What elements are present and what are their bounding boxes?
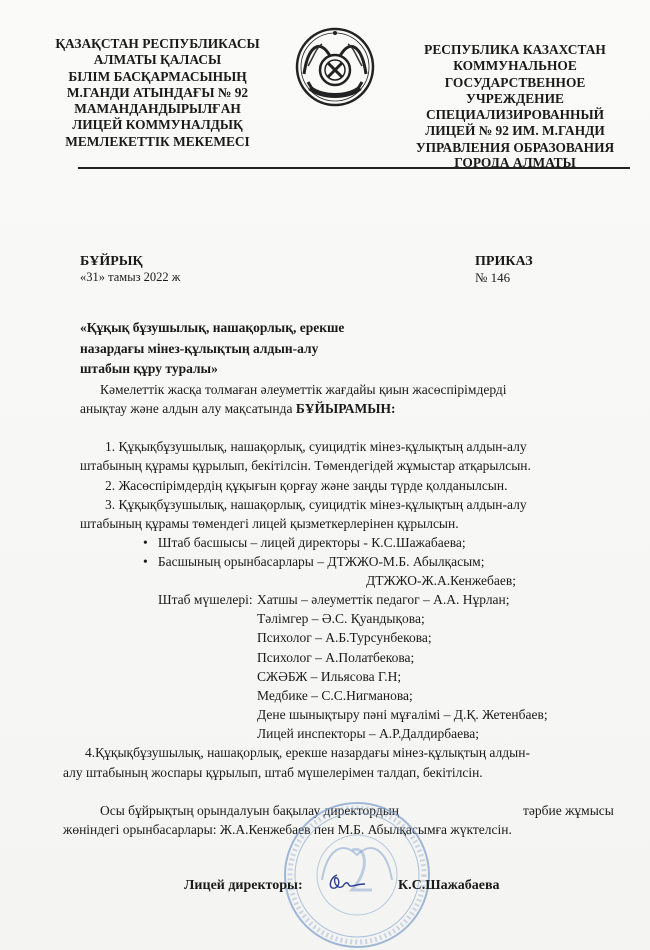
member-item: Тәлімгер – Ә.С. Қуандықова; [257, 609, 425, 628]
member-item: Лицей инспекторы – А.Р.Далдирбаева; [257, 724, 479, 743]
item-2: 2. Жасөспірімдердің құқығын қорғау және … [105, 476, 507, 495]
subject-line: штабын құру туралы» [80, 359, 218, 378]
subject-line: «Құқық бұзушылық, нашақорлық, ерекше [80, 318, 344, 337]
item-3: штабының құрамы төмендегі лицей қызметке… [80, 514, 459, 533]
header-kz-line: МАМАНДАНДЫРЫЛҒАН [40, 101, 275, 117]
bullet-icon: • [143, 535, 158, 550]
member-item: Психолог – А.Б.Турсунбекова; [257, 628, 432, 647]
header-ru-line: СПЕЦИАЛИЗИРОВАННЫЙ [395, 107, 635, 123]
state-emblem-icon [294, 26, 376, 108]
item-1: штабының құрамы құрылып, бекітілсін. Төм… [80, 456, 531, 475]
document-page: ҚАЗАҚСТАН РЕСПУБЛИКАСЫ АЛМАТЫ ҚАЛАСЫ БІЛ… [0, 0, 650, 950]
order-directive: БҰЙЫРАМЫН: [296, 401, 396, 416]
header-kz-line: ЛИЦЕЙ КОММУНАЛДЫҚ [40, 117, 275, 133]
bullet-text: Штаб басшысы – лицей директоры - К.С.Шаж… [158, 535, 466, 550]
item-1: 1. Құқықбұзушылық, нашақорлық, суицидтік… [105, 437, 527, 456]
bullet-text: Басшының орынбасарлары – ДТЖЖО-М.Б. Абыл… [158, 554, 485, 569]
header-kz-line: М.ГАНДИ АТЫНДАҒЫ № 92 [40, 85, 275, 101]
header-kz-line: БІЛІМ БАСҚАРМАСЫНЫҢ [40, 69, 275, 85]
member-item: Хатшы – әлеуметтік педагог – А.А. Нұрлан… [257, 590, 510, 609]
member-item: Дене шынықтыру пәні мұғалімі – Д.Қ. Жете… [257, 705, 548, 724]
subject-line: назардағы мінез-құлықтың алдын-алу [80, 339, 318, 358]
header-ru-line: ГОСУДАРСТВЕННОЕ [395, 75, 635, 91]
header-divider [78, 167, 630, 169]
bullet-icon: • [143, 554, 158, 569]
order-number: № 146 [475, 268, 510, 287]
members-label: Штаб мүшелері: [158, 590, 253, 609]
item-4: 4.Құқықбұзушылық, нашақорлық, ерекше наз… [85, 743, 530, 762]
member-item: СЖӘБЖ – Ильясова Г.Н; [257, 667, 401, 686]
item-3: 3. Құқықбұзушылық, нашақорлық, суицидтік… [105, 495, 527, 514]
header-russian: РЕСПУБЛИКА КАЗАХСТАН КОММУНАЛЬНОЕ ГОСУДА… [395, 42, 635, 168]
header-ru-line: УПРАВЛЕНИЯ ОБРАЗОВАНИЯ [395, 140, 635, 156]
header-kazakh: ҚАЗАҚСТАН РЕСПУБЛИКАСЫ АЛМАТЫ ҚАЛАСЫ БІЛ… [40, 36, 275, 150]
header-ru-line: УЧРЕЖДЕНИЕ [395, 91, 635, 107]
bullet-item: • Басшының орынбасарлары – ДТЖЖО-М.Б. Аб… [143, 552, 484, 571]
header-ru-line: КОММУНАЛЬНОЕ [395, 58, 635, 74]
member-item: Медбике – С.С.Нигманова; [257, 686, 413, 705]
header-ru-line: РЕСПУБЛИКА КАЗАХСТАН [395, 42, 635, 58]
header-kz-line: АЛМАТЫ ҚАЛАСЫ [40, 52, 275, 68]
control-line: тәрбие жұмысы [523, 801, 614, 820]
header-kz-line: ҚАЗАҚСТАН РЕСПУБЛИКАСЫ [40, 36, 275, 52]
header-ru-line: ЛИЦЕЙ № 92 ИМ. М.ГАНДИ [395, 123, 635, 139]
bullet-item: • Штаб басшысы – лицей директоры - К.С.Ш… [143, 533, 466, 552]
item-4: алу штабының жоспары құрылып, штаб мүшел… [63, 763, 483, 782]
member-item: Психолог – А.Полатбекова; [257, 648, 414, 667]
preamble-line: Кәмелеттік жасқа толмаған әлеуметтік жағ… [100, 380, 507, 399]
preamble-line: анықтау және алдын алу мақсатында БҰЙЫРА… [80, 399, 396, 418]
order-date: «31» тамыз 2022 ж [80, 268, 180, 287]
header-kz-line: МЕМЛЕКЕТТІК МЕКЕМЕСІ [40, 134, 275, 150]
signature-icon [325, 870, 367, 894]
director-name: К.С.Шажабаева [398, 876, 500, 895]
signature-label: Лицей директоры: [184, 876, 303, 895]
preamble-text: анықтау және алдын алу мақсатында [80, 401, 296, 416]
deputy-line: ДТЖЖО-Ж.А.Кенжебаев; [366, 571, 516, 590]
